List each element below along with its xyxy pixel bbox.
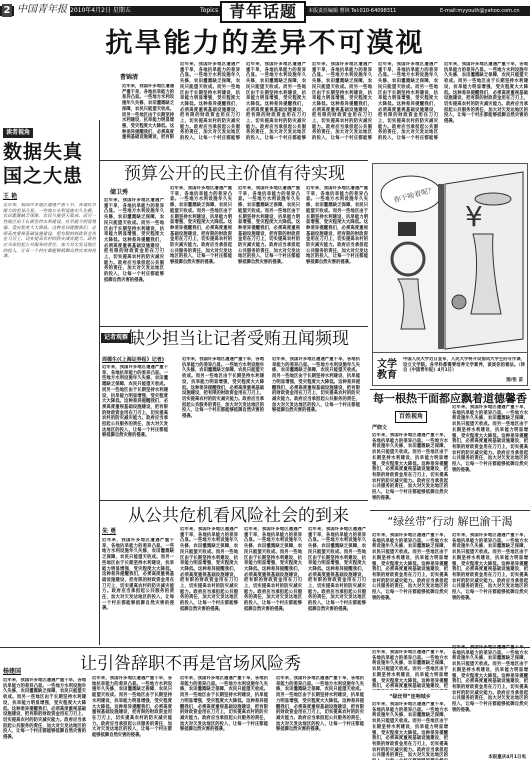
greenribbon-text-col1: 近年来，我国许多地区遭遇严重干旱，各地抗旱能力的差异凸显。一些地方水利设施年久失… [372, 533, 448, 640]
risk-author: 朱 勇 [102, 528, 116, 536]
left-column-text: 近年来，我国许多地区遭遇严重干旱，各地抗旱能力的差异凸显。一些地方水利设施年久失… [3, 203, 96, 648]
reporter-author: 周德生(《上海证券报》记者) [102, 356, 164, 364]
issue-date: 2010年4月2日 星期五 [70, 6, 131, 16]
lead-headline: 抗旱能力的差异不可漠视 [0, 26, 530, 62]
section-divider [0, 647, 530, 648]
budget-headline: 预算公开的民主价值有待实现 [124, 163, 345, 185]
budget-text-col3: 近年来，我国许多地区遭遇严重干旱，各地抗旱能力的差异凸显。一些地方水利设施年久失… [238, 186, 300, 320]
reporter-text-col2: 近年来，我国许多地区遭遇严重干旱，各地抗旱能力的差异凸显。一些地方水利设施年久失… [182, 357, 264, 495]
editor-email: E-mail:myyouth@yahoo.com.cn [440, 6, 520, 16]
topics-label: Topics [200, 6, 218, 16]
risk-text-col4: 近年来，我国许多地区遭遇严重干旱，各地抗旱能力的差异凸显。一些地方水利设施年久失… [308, 527, 366, 644]
divider [100, 160, 368, 161]
greenribbon-text-col2: 近年来，我国许多地区遭遇严重干旱，各地抗旱能力的差异凸显。一些地方水利设施年久失… [452, 533, 528, 640]
divider [370, 510, 530, 511]
column-divider [99, 120, 100, 645]
resign-text-col4: 近年来，我国许多地区遭遇严重干旱，各地抗旱能力的差异凸显。一些地方水利设施年久失… [276, 676, 364, 763]
noodles-author: 严晓文 [372, 424, 387, 432]
risk-text-col2: 近年来，我国许多地区遭遇严重干旱，各地抗旱能力的差异凸显。一些地方水利设施年久失… [180, 527, 238, 644]
lead-text-col1: 近年来，我国许多地区遭遇严重干旱，各地抗旱能力的差异凸显。一些地方水利设施年久失… [122, 84, 174, 140]
budget-author: 储卫秀 [110, 189, 128, 197]
greenribbon-text-col3: 近年来，我国许多地区遭遇严重干旱，各地抗旱能力的差异凸显。一些地方水利设施年久失… [372, 650, 448, 690]
reporter-headline: 缺少担当让记者受贿丑闻频现 [128, 328, 349, 350]
left-column-author: 王 艳 [3, 193, 17, 201]
resign-author: 杨建国 [3, 668, 21, 676]
resign-headline: 让引咎辞职不再是官场风险秀 [80, 653, 301, 675]
reporter-text-col3: 近年来，我国许多地区遭遇严重干旱，各地抗旱能力的差异凸显。一些地方水利设施年久失… [272, 357, 360, 495]
lead-author: 曹锦清 [120, 74, 138, 82]
lead-text-col4: 近年来，我国许多地区遭遇严重干旱，各地抗旱能力的差异凸显。一些地方水利设施年久失… [312, 62, 372, 140]
cartoon-drawing-icon: 你干啥着呢？ ¥ [373, 164, 528, 353]
page-number: 2 [2, 4, 12, 17]
risk-headline: 从公共危机看风险社会的到来 [128, 505, 349, 527]
left-column-tag: 读者视角 [3, 128, 33, 138]
cartoon-label: 文学 教育 [377, 359, 397, 381]
resign-text-col1: 近年来，我国许多地区遭遇严重干旱，各地抗旱能力的差异凸显。一些地方水利设施年久失… [3, 678, 86, 763]
lead-text-col5: 近年来，我国许多地区遭遇严重干旱，各地抗旱能力的差异凸显。一些地方水利设施年久失… [378, 62, 438, 140]
divider [370, 389, 530, 390]
noodles-tag: 百姓视角 [395, 411, 427, 423]
budget-text-col1: 近年来，我国许多地区遭遇严重干旱，各地抗旱能力的差异凸显。一些地方水利设施年久失… [104, 198, 164, 320]
left-column-title: 数据失真 国之大患 [3, 140, 101, 188]
cartoon-label-line2: 教育 [377, 370, 397, 381]
left-title-line1: 数据失真 [3, 140, 101, 164]
resign-text-col3: 近年来，我国许多地区遭遇严重干旱，各地抗旱能力的差异凸显。一些地方水利设施年久失… [180, 676, 268, 763]
resign-text-col2: 近年来，我国许多地区遭遇严重干旱，各地抗旱能力的差异凸显。一些地方水利设施年久失… [92, 676, 172, 763]
lead-text-col6: 近年来，我国许多地区遭遇严重干旱，各地抗旱能力的差异凸显。一些地方水利设施年久失… [444, 62, 528, 140]
cartoon-label-line1: 文学 [377, 359, 397, 370]
greenribbon-headline: “绿丝带”行动 解巴渝干渴 [370, 515, 530, 529]
lead-text-col3: 近年来，我国许多地区遭遇严重干旱，各地抗旱能力的差异凸显。一些地方水利设施年久失… [246, 62, 306, 140]
greenribbon-footer: 本报重庆4月1日电 [488, 754, 526, 760]
greenribbon-subheading: “绿丝带”连响城乡 [372, 693, 448, 700]
reporter-text-col1: 近年来，我国许多地区遭遇严重干旱，各地抗旱能力的差异凸显。一些地方水利设施年久失… [102, 365, 168, 495]
budget-text-col4: 近年来，我国许多地区遭遇严重干旱，各地抗旱能力的差异凸显。一些地方水利设施年久失… [306, 186, 368, 320]
reporter-tag: 记者观察 [101, 333, 131, 343]
cartoon-credit: 图/张 苗 [506, 377, 523, 383]
divider [100, 326, 368, 327]
paper-logo: 中国青年报 [14, 3, 70, 17]
noodles-text-col2: 近年来，我国许多地区遭遇严重干旱，各地抗旱能力的差异凸显。一些地方水利设施年久失… [452, 405, 528, 505]
noodles-text-col1: 近年来，我国许多地区遭遇严重干旱，各地抗旱能力的差异凸显。一些地方水利设施年久失… [372, 433, 448, 505]
section-title: 青年话题 [220, 1, 306, 23]
divider [100, 500, 368, 501]
svg-text:¥: ¥ [465, 200, 483, 233]
greenribbon-text-col5: 近年来，我国许多地区遭遇严重干旱，各地抗旱能力的差异凸显。一些地方水利设施年久失… [452, 645, 528, 753]
noodles-headline: 每一根热干面都应飘着道德馨香 [370, 392, 530, 406]
greenribbon-text-col4: 近年来，我国许多地区遭遇严重干旱，各地抗旱能力的差异凸显。一些地方水利设施年久失… [372, 702, 448, 760]
cartoon-caption: 中国人民大学近日宣布，人民大学将开设面向大学生的写作课，设立文学院。各学科都需要… [403, 357, 525, 379]
left-title-line2: 国之大患 [3, 164, 101, 188]
editor-line: 本版责任编辑 曹林 Tel:010-64098311 [308, 6, 396, 16]
cartoon-caption-box: 文学 教育 中国人民大学近日宣布，人民大学将开设面向大学生的写作课，设立文学院。… [372, 353, 528, 386]
risk-text-col3: 近年来，我国许多地区遭遇严重干旱，各地抗旱能力的差异凸显。一些地方水利设施年久失… [244, 527, 302, 644]
risk-text-col1: 近年来，我国许多地区遭遇严重干旱，各地抗旱能力的差异凸显。一些地方水利设施年久失… [102, 538, 174, 644]
cartoon-illustration: 你干啥着呢？ ¥ [372, 163, 528, 353]
budget-text-col2: 近年来，我国许多地区遭遇严重干旱，各地抗旱能力的差异凸显。一些地方水利设施年久失… [170, 186, 232, 320]
lead-text-col2: 近年来，我国许多地区遭遇严重干旱，各地抗旱能力的差异凸显。一些地方水利设施年久失… [180, 62, 240, 140]
